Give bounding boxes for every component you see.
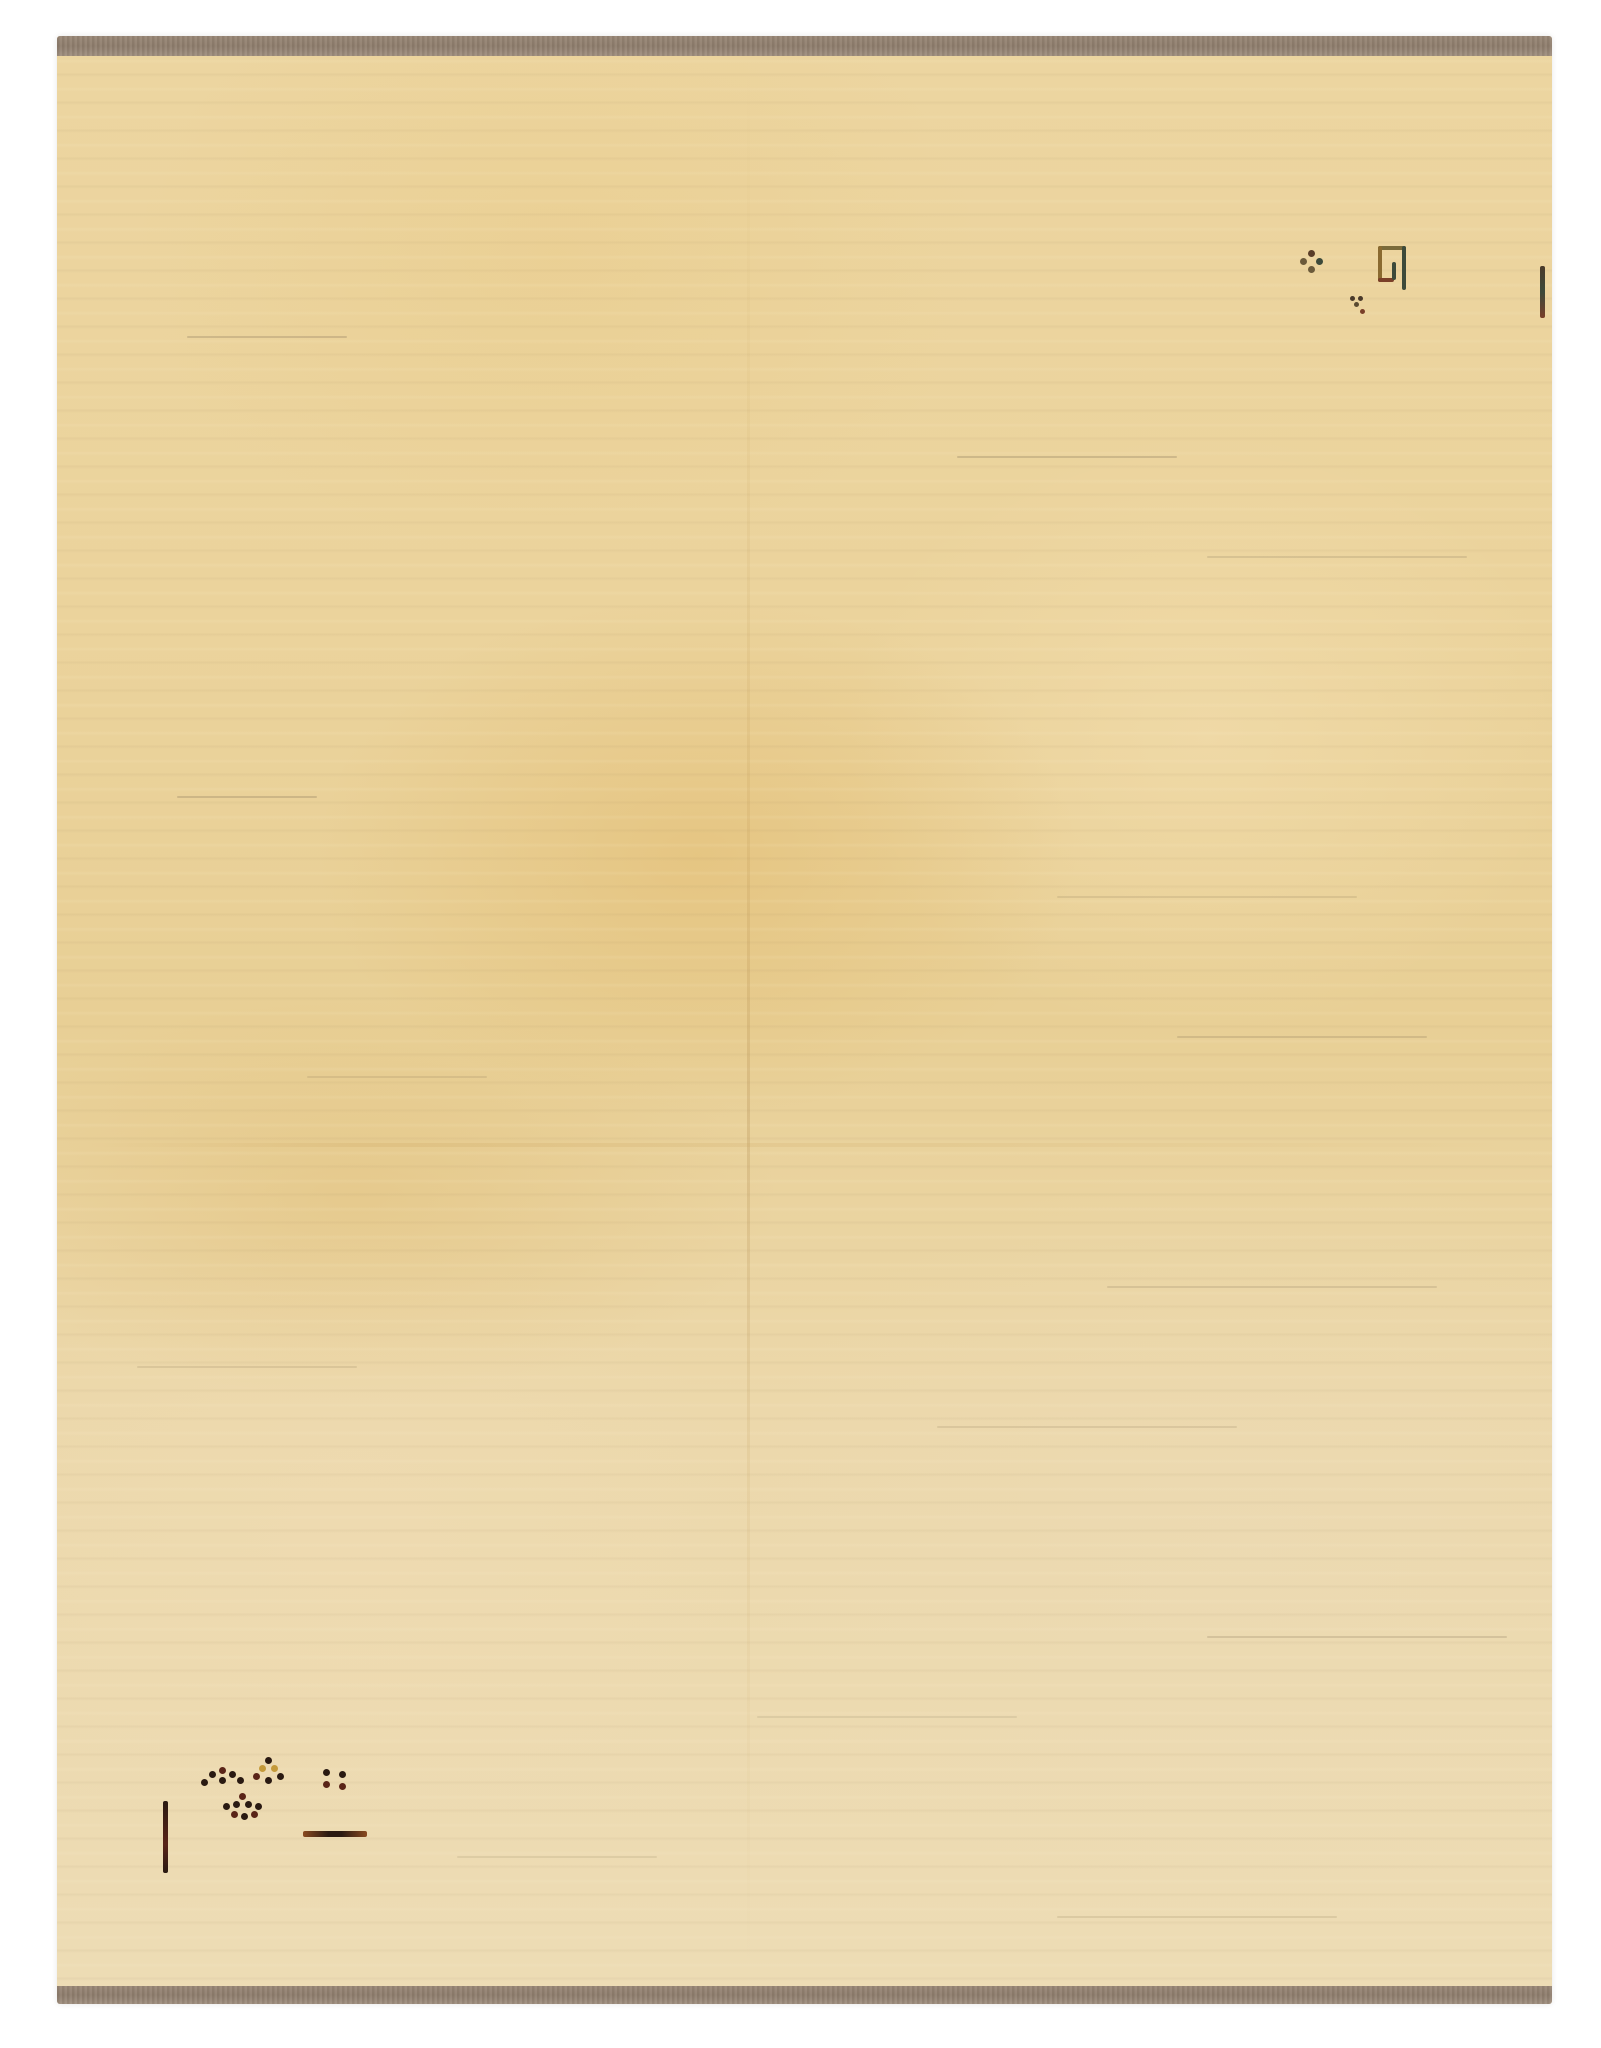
vertical-bar-motif: [1540, 266, 1545, 318]
abrash-streak: [1207, 556, 1467, 558]
vertical-bar-motif-lower: [163, 1801, 168, 1873]
rug: [57, 36, 1552, 2004]
abrash-streak: [1207, 1636, 1507, 1638]
pile-fold-horizontal: [87, 1143, 1517, 1147]
abrash-streak: [177, 796, 317, 798]
abrash-streak: [457, 1856, 657, 1858]
bottom-left-motif-group: [197, 1761, 457, 1881]
abrash-streak: [1057, 1916, 1337, 1918]
abrash-streak: [137, 1366, 357, 1368]
abrash-streak: [1177, 1036, 1427, 1038]
abrash-streak: [937, 1426, 1237, 1428]
abrash-streak: [1107, 1286, 1437, 1288]
pile-fold-vertical: [747, 66, 750, 1966]
abrash-streak: [1057, 896, 1357, 898]
top-right-motif-group: [1300, 246, 1560, 376]
abrash-streak: [187, 336, 347, 338]
bottom-kilim-band: [57, 1986, 1552, 2004]
abrash-streak: [757, 1716, 1017, 1718]
horizontal-bar-motif: [303, 1831, 367, 1837]
top-kilim-band: [57, 36, 1552, 56]
abrash-streak: [307, 1076, 487, 1078]
abrash-streak: [957, 456, 1177, 458]
